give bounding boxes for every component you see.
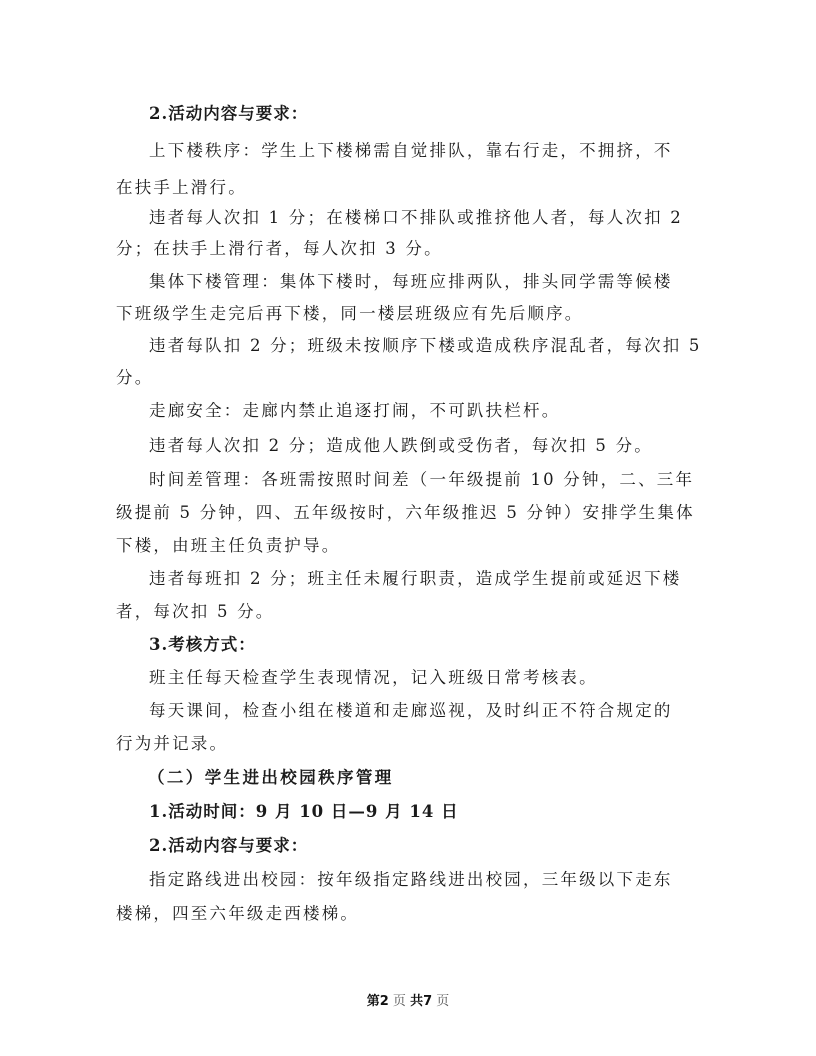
paragraph-line: 级提前 5 分钟，四、五年级按时，六年级推迟 5 分钟）安排学生集体 xyxy=(116,503,695,523)
footer-prefix: 第 xyxy=(367,994,380,1009)
total-pages-number: 7 xyxy=(423,994,432,1009)
heading-assessment-method: 3.考核方式： xyxy=(149,635,256,655)
paragraph-line: 上下楼秩序：学生上下楼梯需自觉排队，靠右行走，不拥挤，不 xyxy=(149,141,673,161)
heading-activity-content: 2.活动内容与要求： xyxy=(149,104,308,124)
paragraph-line: 楼梯，四至六年级走西楼梯。 xyxy=(116,904,359,924)
footer-page-unit: 页 xyxy=(393,994,406,1009)
paragraph-line: 在扶手上滑行。 xyxy=(116,178,247,198)
paragraph-line: 者，每次扣 5 分。 xyxy=(116,602,275,622)
footer-total-prefix: 共 xyxy=(410,994,423,1009)
paragraph-line: 下楼，由班主任负责护导。 xyxy=(116,536,340,556)
page-footer: 第2 页 共7 页 xyxy=(0,990,816,1009)
paragraph-line: 违者每队扣 2 分；班级未按顺序下楼或造成秩序混乱者，每次扣 5 xyxy=(149,336,702,356)
paragraph-line: 集体下楼管理：集体下楼时，每班应排两队，排头同学需等候楼 xyxy=(149,272,673,292)
paragraph-line: 行为并记录。 xyxy=(116,734,228,754)
footer-total-unit: 页 xyxy=(436,994,449,1009)
paragraph-line: 违者每人次扣 1 分；在楼梯口不排队或推挤他人者，每人次扣 2 xyxy=(149,208,683,228)
paragraph-line: 下班级学生走完后再下楼，同一楼层班级应有先后顺序。 xyxy=(116,304,584,324)
paragraph-line: 违者每班扣 2 分；班主任未履行职责，造成学生提前或延迟下楼 xyxy=(149,569,682,589)
heading-activity-time: 1.活动时间：9 月 10 日—9 月 14 日 xyxy=(149,802,459,822)
document-page: 2.活动内容与要求： 上下楼秩序：学生上下楼梯需自觉排队，靠右行走，不拥挤，不 … xyxy=(0,0,816,1056)
paragraph-line: 每天课间，检查小组在楼道和走廊巡视，及时纠正不符合规定的 xyxy=(149,701,673,721)
section-heading-campus-order: （二）学生进出校园秩序管理 xyxy=(148,768,394,788)
heading-activity-content-2: 2.活动内容与要求： xyxy=(149,836,308,856)
paragraph-line: 分。 xyxy=(116,368,153,388)
paragraph-line: 班主任每天检查学生表现情况，记入班级日常考核表。 xyxy=(149,668,598,688)
paragraph-line: 违者每人次扣 2 分；造成他人跌倒或受伤者，每次扣 5 分。 xyxy=(149,436,653,456)
paragraph-line: 分；在扶手上滑行者，每人次扣 3 分。 xyxy=(116,239,443,259)
current-page-number: 2 xyxy=(380,994,389,1009)
paragraph-line: 时间差管理：各班需按照时间差（一年级提前 10 分钟，二、三年 xyxy=(149,470,694,490)
paragraph-line: 指定路线进出校园：按年级指定路线进出校园，三年级以下走东 xyxy=(149,870,673,890)
paragraph-line: 走廊安全：走廊内禁止追逐打闹，不可趴扶栏杆。 xyxy=(149,401,560,421)
